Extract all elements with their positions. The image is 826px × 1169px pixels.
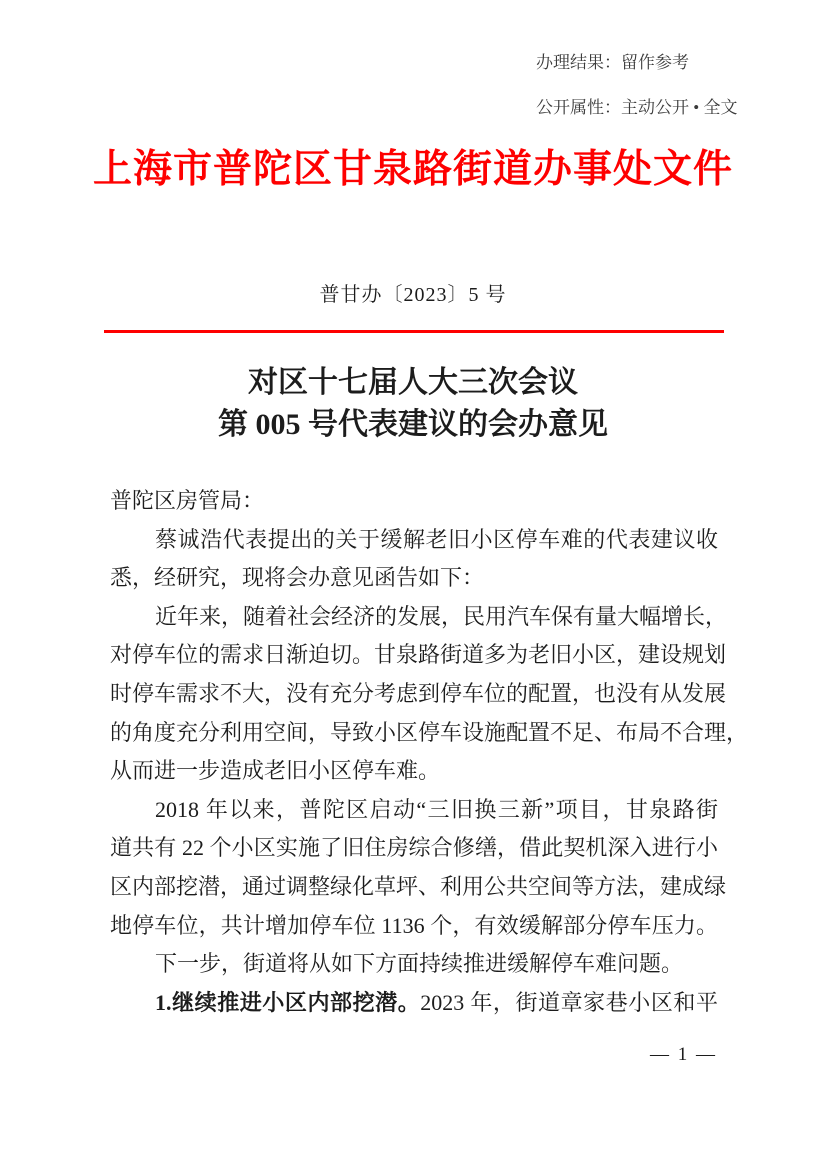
document-meta: 办理结果：留作参考 公开属性：主动公开 • 全文 — [536, 40, 737, 130]
body-line: 时停车需求不大，没有充分考虑到停车位的配置，也没有从发展 — [110, 675, 718, 714]
document-body: 普陀区房管局： 蔡诚浩代表提出的关于缓解老旧小区停车难的代表建议收 悉，经研究，… — [110, 482, 718, 1022]
document-page: 办理结果：留作参考 公开属性：主动公开 • 全文 上海市普陀区甘泉路街道办事处文… — [0, 0, 826, 1169]
body-line: 道共有 22 个小区实施了旧住房综合修缮，借此契机深入进行小 — [110, 829, 718, 868]
numbered-point-text: 2023 年，街道章家巷小区和平 — [420, 990, 718, 1015]
page-number: — 1 — — [650, 1044, 717, 1066]
body-line: 从而进一步造成老旧小区停车难。 — [110, 752, 718, 791]
body-line: 1.继续推进小区内部挖潜。2023 年，街道章家巷小区和平 — [110, 984, 718, 1023]
salutation: 普陀区房管局： — [110, 482, 718, 521]
meta-publicity: 公开属性：主动公开 • 全文 — [536, 85, 737, 130]
org-title: 上海市普陀区甘泉路街道办事处文件 — [0, 138, 826, 194]
red-separator-line — [104, 330, 724, 333]
doc-number: 普甘办〔2023〕5 号 — [0, 278, 826, 307]
meta-handling-result: 办理结果：留作参考 — [536, 40, 737, 85]
body-line: 对停车位的需求日渐迫切。甘泉路街道多为老旧小区，建设规划 — [110, 636, 718, 675]
body-line: 下一步，街道将从如下方面持续推进缓解停车难问题。 — [110, 945, 718, 984]
body-line: 悉，经研究，现将会办意见函告如下： — [110, 559, 718, 598]
numbered-point-title: 1.继续推进小区内部挖潜。 — [155, 990, 420, 1015]
body-line: 的角度充分利用空间，导致小区停车设施配置不足、布局不合理， — [110, 714, 718, 753]
doc-title-line2: 第 005 号代表建议的会办意见 — [0, 404, 826, 446]
body-line: 区内部挖潜，通过调整绿化草坪、利用公共空间等方法，建成绿 — [110, 868, 718, 907]
doc-title-line1: 对区十七届人大三次会议 — [0, 362, 826, 404]
body-line: 地停车位，共计增加停车位 1136 个，有效缓解部分停车压力。 — [110, 907, 718, 946]
doc-title: 对区十七届人大三次会议 第 005 号代表建议的会办意见 — [0, 362, 826, 446]
body-line: 蔡诚浩代表提出的关于缓解老旧小区停车难的代表建议收 — [110, 521, 718, 560]
body-line: 近年来，随着社会经济的发展，民用汽车保有量大幅增长， — [110, 598, 718, 637]
body-line: 2018 年以来，普陀区启动“三旧换三新”项目，甘泉路街 — [110, 791, 718, 830]
